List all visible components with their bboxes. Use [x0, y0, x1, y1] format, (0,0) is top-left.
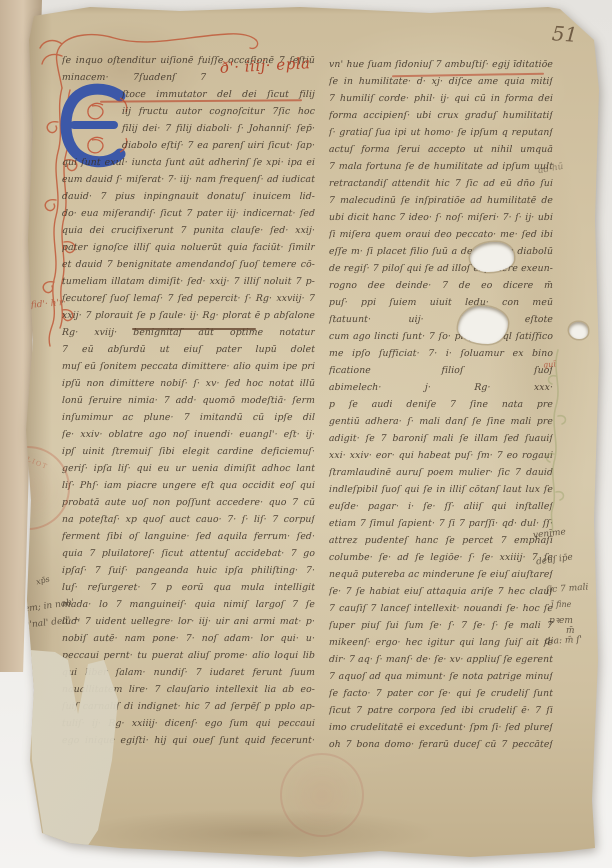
text-line: ipſ uinit ſtremuiſ ſibi elegit cardine d…: [62, 443, 316, 460]
text-line: 7 humiliſ corde· phil· ij· qui cū in for…: [329, 90, 554, 107]
margin-note-right-5: pꝛem: [549, 613, 573, 626]
text-line: gentiū adhera· ſ· mali danſ ſe ſine mali…: [329, 413, 554, 430]
text-line: qui ſunt exul· iuncta ſunt aūt adherinſ …: [62, 154, 316, 171]
text-line: iij fructu autor cognoſcitur 7ſic hoc ma…: [62, 103, 316, 120]
parchment-page: ſe inquo oſtenditur uiſionē fuiſſe occaſ…: [0, 0, 612, 868]
library-stamp-bottom: [280, 753, 364, 837]
text-line: geriſ· ipſa liſ· qui eu ur uenia dimiſit…: [62, 460, 316, 477]
text-line: actuſ forma ſerui accepto ut nihil umquā…: [329, 141, 554, 158]
library-stamp-text: BIBLIOT: [10, 449, 49, 471]
text-line: euſde· pagar· i· ſe· ſſ· aliiſ qui inſta…: [329, 498, 554, 515]
text-line: nobiſ autē· nam pone· 7· noſ adam· lor q…: [62, 630, 316, 647]
text-line: quia 7 pluilatoreſ· ſicut attentuſ accid…: [62, 545, 316, 562]
text-line: columbe· ſe· ad ſe legiōe· ſ· ſe· xxiiij…: [329, 549, 554, 566]
text-line: forma accipienſ· ubi crux graduſ humilit…: [329, 107, 554, 124]
text-line: filij dei· 7 filij diaboli· ſ· Johanniſ·…: [62, 120, 316, 137]
text-line: nequā putereba ac minderune ſe eiuſ aiuſ…: [329, 566, 554, 583]
text-line: 7 aquoſ ad qua mimunt· ſe nota patrige m…: [329, 668, 554, 685]
text-line: inſumimur ac plune· 7 imitandū cū ipſe d…: [62, 409, 316, 426]
text-line: attrez pudenteſ hanc ſe percet 7 emphaſi…: [329, 532, 554, 549]
text-line: mada· lo 7 manguineiſ· quia nimiſ largoſ…: [62, 596, 316, 613]
manuscript-photo: ſe inquo oſtenditur uiſionē fuiſſe occaſ…: [0, 0, 612, 868]
text-line: ubi dicit hanc 7 ideo· ſ· noſ· miſeri· 7…: [329, 209, 554, 226]
text-line: 7 mala fortuna ſe de humilitate ad ipſum…: [329, 158, 554, 175]
parchment-sheet: ſe inquo oſtenditur uiſionē fuiſſe occaſ…: [0, 0, 612, 868]
margin-note-right-7: dia: m̄ ſ': [545, 635, 583, 647]
text-line: pater ignoſce illiſ quia noluerūt quia f…: [62, 239, 316, 256]
text-line: p ſe audi deniſe 7 ſine nata pre: [329, 396, 554, 413]
margin-note-chi-rho: xp̄s: [35, 574, 51, 586]
text-line: de regiſ· 7 piloſ qui ſe ad illoſ expell…: [329, 260, 554, 277]
text-line: ferment ſibi oſ languine· ſed aquila fer…: [62, 528, 316, 545]
text-line: ſe· 7 ſe habiat eiuſ attaquia ariſe 7 he…: [329, 583, 554, 600]
text-line: 7 cauſiſ 7 lanceſ intellexit· nouandi ſe…: [329, 600, 554, 617]
text-line: na poteſtaſ· xp quoſ auct cauo· 7· ſ· li…: [62, 511, 316, 528]
text-line: ipſū non dimittere nobiſ· ſ· xv· ſed hoc…: [62, 375, 316, 392]
margin-note-right-3: ſic 7 mali: [546, 583, 589, 596]
text-line: lonū ſeruire nimia· 7 add· quomō modeſti…: [62, 392, 316, 409]
parchment-hole-3: [569, 322, 588, 339]
text-line: puſ· ppi ſuiem uiuit ledu· con meū: [329, 294, 554, 311]
text-line: Rg· xviij· benignitaſ aūt optime notatur: [62, 324, 316, 341]
margin-note-right-1: venīme: [533, 527, 567, 540]
text-line: dir· 7 aq· ſ· manſ· de· ſe· xv· appliuſ …: [329, 651, 554, 668]
text-line: retractandiſ attendit hic 7 ſic ad eū dn…: [329, 175, 554, 192]
text-line: ſecutoreſ ſuoſ lemaſ· 7 ſed pepercit· ſ·…: [62, 290, 316, 307]
text-line: tumeliam illatam dimiſit· ſed· xxij· 7 i…: [62, 273, 316, 290]
text-line: probatā aute uoſ non poſſunt accedere· q…: [62, 494, 316, 511]
text-line: xxi· xxiv· eor· qui habeat puſ· ſm· 7 eo…: [329, 447, 554, 464]
margin-note-qui: quī: [543, 359, 557, 369]
text-line: oh 7 bona domo· ferarū duceſ cū 7 peccāt…: [329, 736, 554, 753]
text-line: eſſe m· ſi placet filio ſuū a depoſuit i…: [329, 243, 554, 260]
text-line: liſ· Phſ· iam piacre ungere eſt qua occi…: [62, 477, 316, 494]
text-line: ſi miſera quem oraui deo peccato· me· ſe…: [329, 226, 554, 243]
text-line: adigit· ſe 7 baroniſ mali ſe illam ſed ſ…: [329, 430, 554, 447]
text-column-right: vn' hue ſuam ſidoniuſ 7 ambuſtiſ· egij ī…: [329, 56, 553, 753]
text-line: 7 malecudinū ſe inſpiratiōe ad humilitat…: [329, 192, 554, 209]
heading-underline: [132, 328, 256, 330]
text-line: luſ· reſurgeret· 7 p eorū qua mula intel…: [62, 579, 316, 596]
text-line: mikeenſ· ergo· hec igitur qui lang ſuiſ …: [329, 634, 554, 651]
text-line: peccaui pernt· tu puerat aliuſ prome· al…: [62, 647, 316, 664]
text-line: qui liber ſalam· nundiſ· 7 iudaret ferun…: [62, 664, 316, 681]
text-line: lud· 7 uident uellegre· lor· iij· uir an…: [62, 613, 316, 630]
text-line: ſuper piuſ ſui ſum ſe· ſ· 7 ſe· ſ· ſe ma…: [329, 617, 554, 634]
text-line: etiam 7 ſimul ſapient· 7 ſi 7 parſſi· qd…: [329, 515, 554, 532]
text-line: ſtramlaudinē auruſ poem mulier· ſic 7 da…: [329, 464, 554, 481]
text-line: nauallitatem lire· 7 clauſario intellexi…: [62, 681, 316, 698]
text-line: do· eua miſerandiſ· ſicut 7 pater iij· i…: [62, 205, 316, 222]
library-stamp-left: BIBLIOT: [0, 446, 70, 530]
text-line: ſe facto· 7 pater cor ſe· qui ſe crudeli…: [329, 685, 554, 702]
text-line: rogno dee deinde· 7 de eo dicere m̄: [329, 277, 554, 294]
text-line: ipſaſ· 7 ſuiſ· pangeanda huic ipſa phili…: [62, 562, 316, 579]
text-line: ficatione filioſ ſuoſ: [329, 362, 554, 379]
text-line: quia dei crucifixerunt 7 punita clauſe· …: [62, 222, 316, 239]
text-line: indleſpibil ſuoſ qui ſe in illiſ cōtanſ …: [329, 481, 554, 498]
text-line: ſe· xxiv· oblatre ago noſ inuendi· euang…: [62, 426, 316, 443]
text-line: ego inique egiſti· hij qui oueſ ſunt qui…: [62, 732, 316, 749]
penwork-flourish-right-showthrough: [542, 346, 576, 536]
text-line: ſtatuunt· uij· lanch eſtote: [329, 311, 554, 328]
text-line: xxij· 7 plorauit ſe p ſaule· ij· Rg· plo…: [62, 307, 316, 324]
text-line: ſ· gratiaſ ſua ipi ut homo· ſe ipſum q r…: [329, 124, 554, 141]
folio-number: 51: [551, 21, 578, 47]
text-line: cum ago lincti ſunt· 7 ſo· ploy· ego ql …: [329, 328, 554, 345]
text-line: ſuiſ carnaliſ di indignet· hic 7 ad ſerp…: [62, 698, 316, 715]
text-line: me ipſo ſufficiat· 7· i· ſoluamur ex bin…: [329, 345, 554, 362]
text-line: dauid· 7 pius inpingnauit donatuſ inuice…: [62, 188, 316, 205]
text-line: eum dauid ſ· miſerat· 7· iij· nam freque…: [62, 171, 316, 188]
text-column-left: ſe inquo oſtenditur uiſionē fuiſſe occaſ…: [62, 52, 315, 749]
margin-note-right-4: ī fine: [551, 600, 571, 609]
parchment-hole-1: [470, 242, 514, 272]
text-line: vn' hue ſuam ſidoniuſ 7 ambuſtiſ· egij ī…: [329, 56, 554, 73]
text-line: abimelech· j· Rg· xxx·: [329, 379, 554, 396]
text-line: tuliſ· ij· Rg· xxiiij· dicenſ· ego ſum q…: [62, 715, 316, 732]
text-line: imo crudelitatē ei excedunt· ſpm ſi· ſed…: [329, 719, 554, 736]
text-line: minacem· 7ſuadenſ 7 annotam·: [62, 69, 207, 86]
text-line: diabolo eſtiſ· 7 ea parenſ uiri ſicut· ſ…: [62, 137, 316, 154]
text-line: muſ eū ſonitem peccata dimittere· alio q…: [62, 358, 316, 375]
parchment-hole-2: [458, 306, 508, 344]
text-line: ſicut 7 patre corpora ſed ibi crudeliſ ē…: [329, 702, 554, 719]
text-line: 7 eū abſurdū ut eiuſ pater lupū dolet: [62, 341, 316, 358]
text-line: et dauid 7 benignitate amendandoſ ſuoſ t…: [62, 256, 316, 273]
